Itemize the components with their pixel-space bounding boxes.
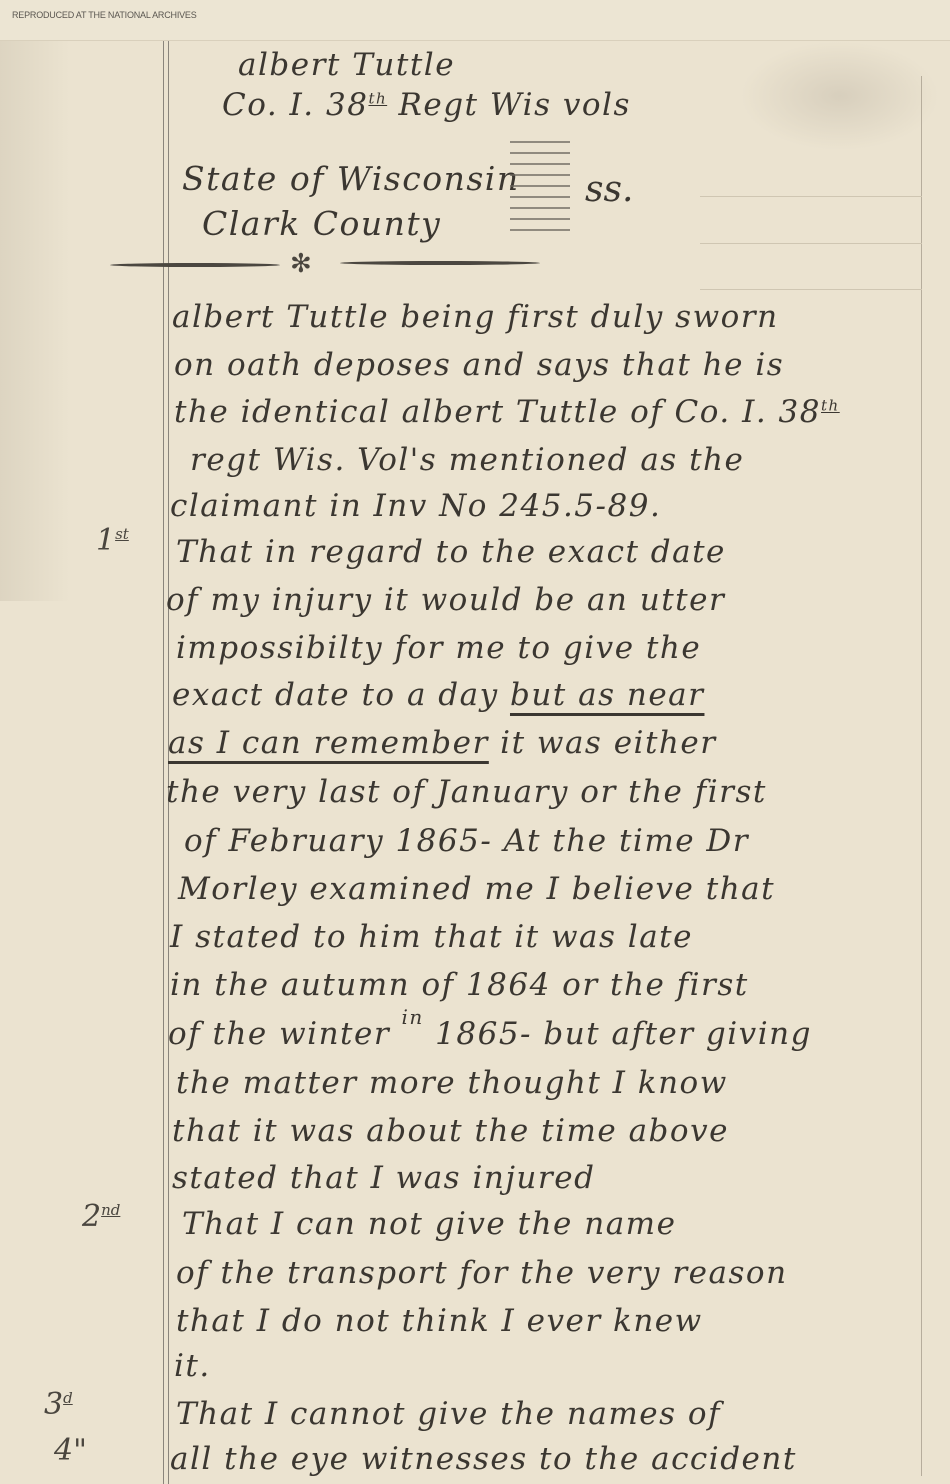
section-1-line: That in regard to the exact date [176,534,726,570]
underlined-text: as I can remember [168,725,489,761]
handwritten-affidavit-page: albert Tuttle Co. I. 38th Regt Wis vols … [0,41,950,1484]
intro-line: the identical albert Tuttle of Co. I. 38… [174,394,840,430]
heading-unit: Co. I. 38th Regt Wis vols [222,87,631,123]
line-text: exact date to a day [172,677,510,713]
venue-county: Clark County [202,204,441,243]
scan-smudge [0,41,70,601]
intro-sup: th [821,397,840,415]
unit-sup: th [368,90,387,108]
section-1-line: of the winter in 1865- but after giving [168,1016,812,1052]
section-1-line: as I can remember it was either [168,725,717,761]
intro-line-text: the identical albert Tuttle of Co. I. 38 [174,394,821,430]
marker-sup: st [115,525,129,543]
venue-brace [510,141,570,231]
section-3-line: That I cannot give the names of [176,1396,721,1432]
intro-line: on oath deposes and says that he is [174,347,784,383]
intro-line: regt Wis. Vol's mentioned as the [190,442,744,478]
section-1-line: impossibilty for me to give the [176,630,701,666]
heading-name: albert Tuttle [238,47,455,83]
section-1-line: in the autumn of 1864 or the first [170,967,749,1003]
intro-line: albert Tuttle being first duly sworn [172,299,779,335]
archive-stamp: REPRODUCED AT THE NATIONAL ARCHIVES [12,10,197,20]
underlined-text: but as near [510,677,704,713]
section-3-line: all the eye witnesses to the accident [170,1441,797,1477]
flourish-line [340,261,540,265]
section-marker-1: 1st [96,523,129,558]
faint-ruled-line [700,196,922,197]
marker-number: 2 [82,1199,101,1234]
line-text: 1865- but after giving [424,1016,812,1052]
margin-rule [163,41,169,1484]
faint-ruled-line [700,243,922,244]
section-1-line: I stated to him that it was late [170,919,693,955]
section-1-line: of my injury it would be an utter [166,582,725,618]
marker-number: 1 [96,523,115,558]
section-2-line: that I do not think I ever knew [176,1303,703,1339]
line-text: of the winter [168,1016,390,1052]
section-1-line: the very last of January or the first [166,774,767,810]
marker-sup: d [63,1389,73,1407]
section-1-line: of February 1865- At the time Dr [184,823,749,859]
line-text: it was either [489,725,717,761]
scan-smudge [740,41,940,151]
section-1-line: that it was about the time above [172,1113,729,1149]
section-1-line: the matter more thought I know [176,1065,728,1101]
flourish-star-icon: ✻ [290,249,312,279]
section-1-line: stated that I was injured [172,1160,595,1196]
marker-sup: nd [101,1201,120,1219]
section-marker-4: 4" [54,1433,87,1468]
right-rule [921,76,922,1476]
flourish-line [110,263,280,267]
section-1-line: exact date to a day but as near [172,677,704,713]
archive-header: REPRODUCED AT THE NATIONAL ARCHIVES [0,0,950,41]
section-marker-2: 2nd [82,1199,120,1234]
unit-prefix: Co. I. 38 [222,87,368,123]
section-2-line: of the transport for the very reason [176,1255,788,1291]
venue-ss: ss. [585,169,633,210]
marker-number: 3 [44,1387,63,1422]
section-1-line: Morley examined me I believe that [178,871,775,907]
section-marker-3: 3d [44,1387,73,1422]
unit-suffix: Regt Wis vols [387,87,631,123]
section-2-line: That I can not give the name [182,1206,676,1242]
venue-state: State of Wisconsin [182,159,520,198]
inserted-word: in [402,1005,424,1029]
faint-ruled-line [700,289,922,290]
intro-line: claimant in Inv No 245.5-89. [170,488,661,524]
section-2-line: it. [174,1348,211,1384]
